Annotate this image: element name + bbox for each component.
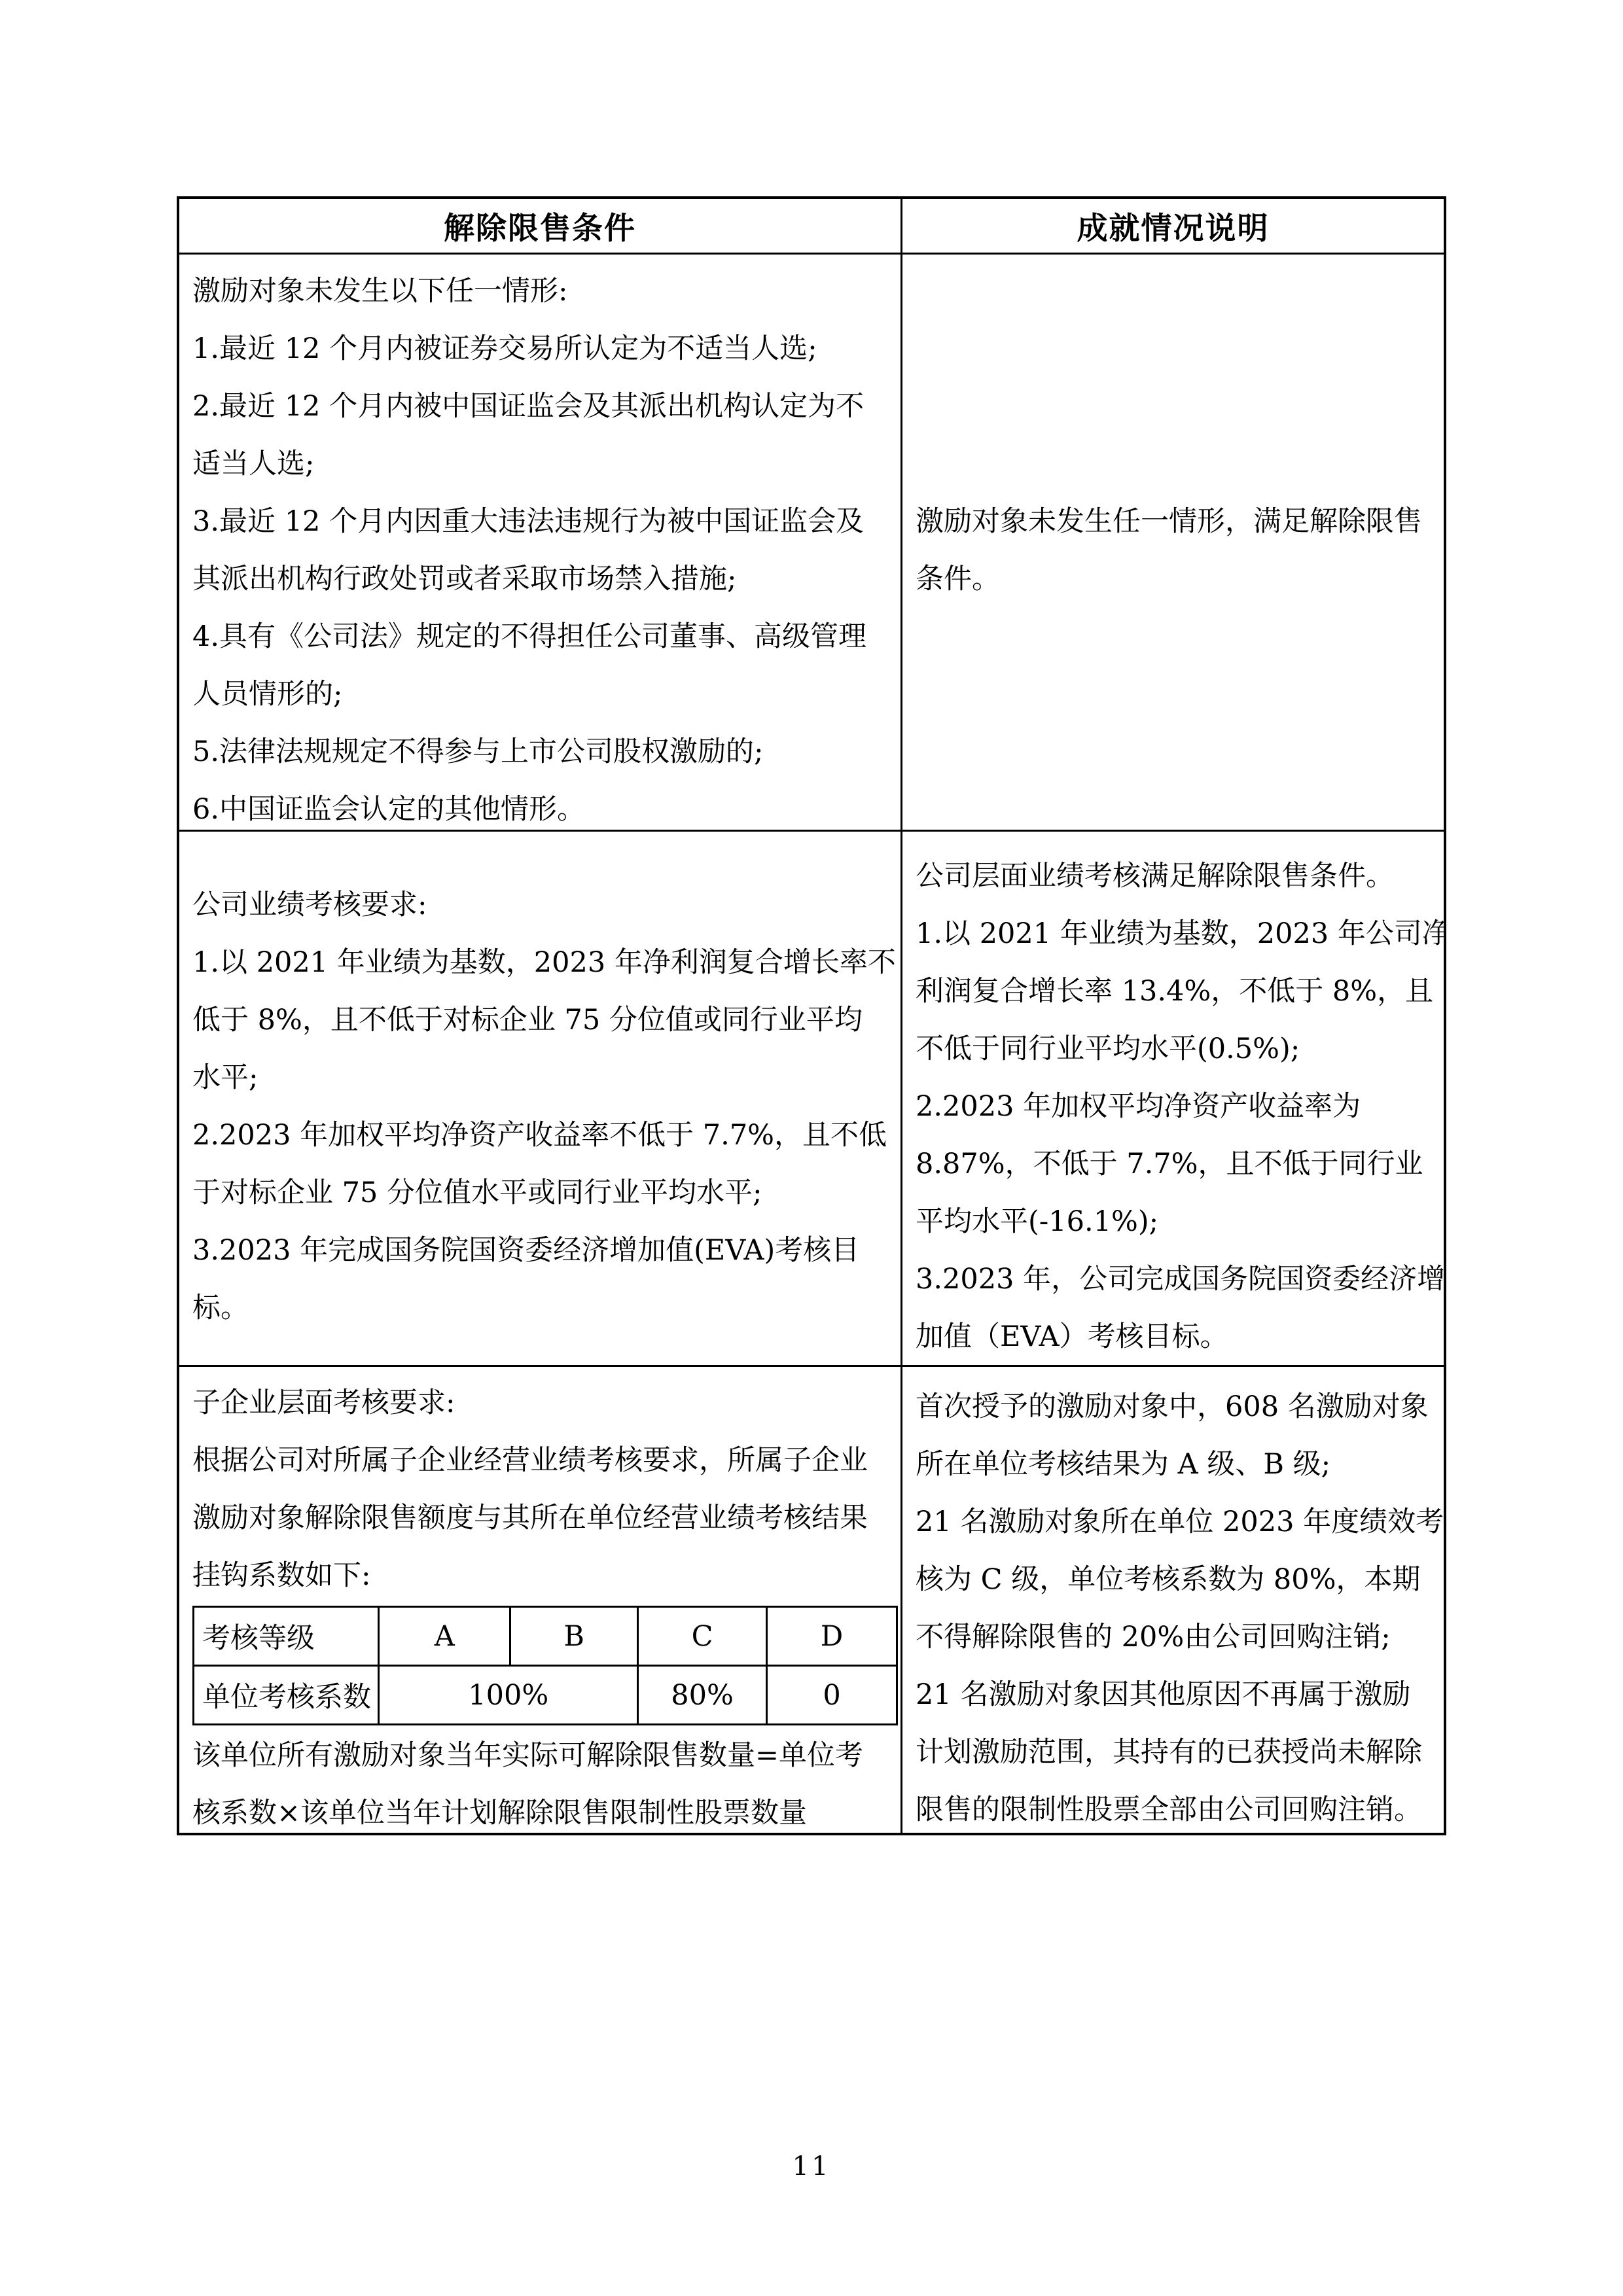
cell-subsidiary-assessment-requirements: 子企业层面考核要求: 根据公司对所属子企业经营业绩考核要求，所属子企业 激励对象… [179,1367,902,1833]
header-unlock-conditions: 解除限售条件 [179,199,902,253]
unlock-conditions-table: 解除限售条件 成就情况说明 激励对象未发生以下任一情形: 1.最近 12 个月内… [177,196,1446,1835]
header-achievement-description: 成就情况说明 [902,199,1444,253]
page-number: 11 [0,2151,1623,2181]
grade-table-coefficient-row: 单位考核系数 100% 80% 0 [194,1666,897,1725]
subsidiary-assessment-note-text: 该单位所有激励对象当年实际可解除限售数量=单位考 核系数×该单位当年计划解除限售… [192,1727,887,1833]
grade-level-d: D [767,1607,897,1666]
grade-level-label: 考核等级 [194,1607,379,1666]
cell-eligibility-status: 激励对象未发生任一情形，满足解除限售 条件。 [902,255,1444,830]
document-page: 解除限售条件 成就情况说明 激励对象未发生以下任一情形: 1.最近 12 个月内… [0,0,1623,2296]
table-row-subsidiary-assessment: 子企业层面考核要求: 根据公司对所属子企业经营业绩考核要求，所属子企业 激励对象… [179,1367,1444,1833]
company-performance-status-text: 公司层面业绩考核满足解除限售条件。 1.以 2021 年业绩为基数，2023 年… [916,847,1431,1365]
grade-coefficient-table: 考核等级 A B C D 单位考核系数 100% 80% 0 [192,1606,898,1725]
grade-level-a: A [379,1607,510,1666]
cell-eligibility-conditions: 激励对象未发生以下任一情形: 1.最近 12 个月内被证券交易所认定为不适当人选… [179,255,902,830]
eligibility-conditions-text: 激励对象未发生以下任一情形: 1.最近 12 个月内被证券交易所认定为不适当人选… [192,262,887,830]
table-row-company-performance: 公司业绩考核要求: 1.以 2021 年业绩为基数，2023 年净利润复合增长率… [179,832,1444,1367]
table-row-eligibility: 激励对象未发生以下任一情形: 1.最近 12 个月内被证券交易所认定为不适当人选… [179,255,1444,832]
grade-level-c: C [638,1607,767,1666]
cell-subsidiary-assessment-status: 首次授予的激励对象中，608 名激励对象 所在单位考核结果为 A 级、B 级; … [902,1367,1444,1833]
subsidiary-assessment-intro-text: 子企业层面考核要求: 根据公司对所属子企业经营业绩考核要求，所属子企业 激励对象… [192,1374,887,1604]
company-performance-requirements-text: 公司业绩考核要求: 1.以 2021 年业绩为基数，2023 年净利润复合增长率… [192,876,887,1337]
coefficient-d: 0 [767,1666,897,1725]
coefficient-c: 80% [638,1666,767,1725]
grade-table-level-row: 考核等级 A B C D [194,1607,897,1666]
coefficient-label: 单位考核系数 [194,1666,379,1725]
table-header-row: 解除限售条件 成就情况说明 [179,199,1444,255]
cell-company-performance-requirements: 公司业绩考核要求: 1.以 2021 年业绩为基数，2023 年净利润复合增长率… [179,832,902,1365]
coefficient-ab: 100% [379,1666,638,1725]
eligibility-status-text: 激励对象未发生任一情形，满足解除限售 条件。 [916,493,1431,608]
subsidiary-assessment-status-text: 首次授予的激励对象中，608 名激励对象 所在单位考核结果为 A 级、B 级; … [916,1378,1431,1833]
grade-level-b: B [510,1607,638,1666]
cell-company-performance-status: 公司层面业绩考核满足解除限售条件。 1.以 2021 年业绩为基数，2023 年… [902,832,1444,1365]
